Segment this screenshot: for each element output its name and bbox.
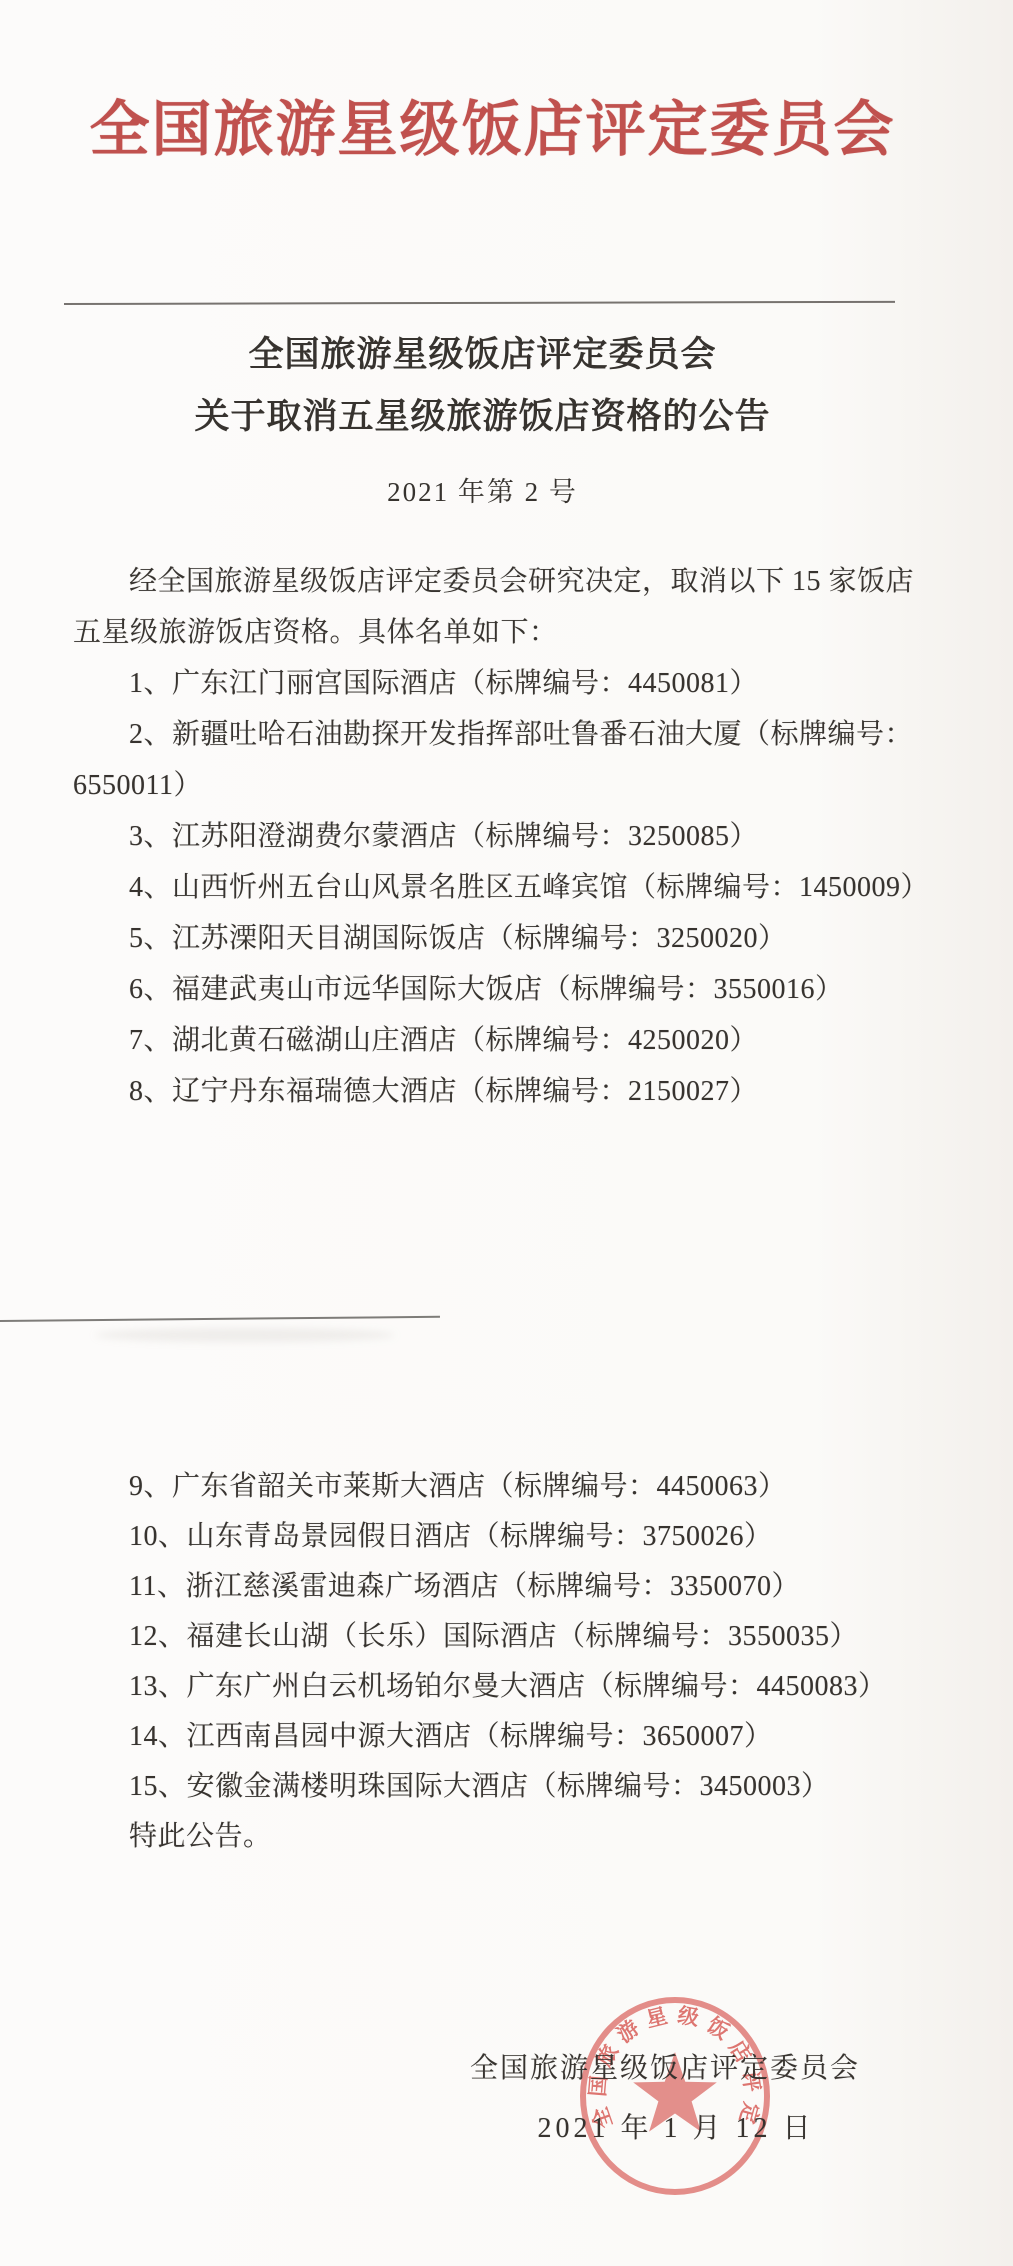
hotel-item-11: 11、浙江慈溪雷迪森广场酒店（标牌编号：3350070） (73, 1562, 918, 1612)
hotel-item-8: 8、辽宁丹东福瑞德大酒店（标牌编号：2150027） (73, 1066, 918, 1117)
closing-line: 特此公告。 (73, 1812, 918, 1862)
hotel-item-14: 14、江西南昌园中源大酒店（标牌编号：3650007） (73, 1712, 918, 1762)
hotel-item-12: 12、福建长山湖（长乐）国际酒店（标牌编号：3550035） (73, 1612, 918, 1662)
signature-committee: 全国旅游星级饭店评定委员会 (470, 2046, 860, 2086)
hotel-item-7: 7、湖北黄石磁湖山庄酒店（标牌编号：4250020） (73, 1015, 918, 1066)
body-page-2: 9、广东省韶关市莱斯大酒店（标牌编号：4450063） 10、山东青岛景园假日酒… (73, 1462, 918, 1862)
letterhead-divider (64, 301, 895, 305)
hotel-item-6: 6、福建武夷山市远华国际大饭店（标牌编号：3550016） (73, 964, 918, 1015)
body-page-1: 经全国旅游星级饭店评定委员会研究决定，取消以下 15 家饭店五星级旅游饭店资格。… (73, 556, 918, 1117)
hotel-item-9: 9、广东省韶关市莱斯大酒店（标牌编号：4450063） (73, 1462, 918, 1512)
document-page: 全国旅游星级饭店评定委员会 全国旅游星级饭店评定委员会 关于取消五星级旅游饭店资… (0, 0, 1013, 2266)
letterhead-title: 全国旅游星级饭店评定委员会 (0, 82, 985, 168)
hotel-item-5: 5、江苏溧阳天目湖国际饭店（标牌编号：3250020） (73, 913, 918, 964)
hotel-item-15: 15、安徽金满楼明珠国际大酒店（标牌编号：3450003） (73, 1762, 918, 1812)
document-title: 全国旅游星级饭店评定委员会 关于取消五星级旅游饭店资格的公告 (0, 324, 965, 448)
document-number: 2021 年第 2 号 (0, 470, 965, 509)
signature-date: 2021 年 1 月 12 日 (537, 2106, 814, 2146)
scan-smudge (95, 1328, 395, 1342)
hotel-item-1: 1、广东江门丽宫国际酒店（标牌编号：4450081） (73, 658, 918, 709)
document-title-line1: 全国旅游星级饭店评定委员会 (0, 324, 965, 386)
document-title-line2: 关于取消五星级旅游饭店资格的公告 (0, 386, 965, 448)
official-seal: 全国旅游星级饭店评定委员会 (560, 1992, 790, 2202)
page-break-line (0, 1316, 440, 1322)
hotel-item-13: 13、广东广州白云机场铂尔曼大酒店（标牌编号：4450083） (73, 1662, 918, 1712)
intro-paragraph: 经全国旅游星级饭店评定委员会研究决定，取消以下 15 家饭店五星级旅游饭店资格。… (73, 556, 918, 658)
hotel-item-10: 10、山东青岛景园假日酒店（标牌编号：3750026） (73, 1512, 918, 1562)
hotel-item-2: 2、新疆吐哈石油勘探开发指挥部吐鲁番石油大厦（标牌编号：6550011） (73, 709, 918, 811)
hotel-item-3: 3、江苏阳澄湖费尔蒙酒店（标牌编号：3250085） (73, 811, 918, 862)
hotel-item-4: 4、山西忻州五台山风景名胜区五峰宾馆（标牌编号：1450009） (73, 862, 918, 913)
